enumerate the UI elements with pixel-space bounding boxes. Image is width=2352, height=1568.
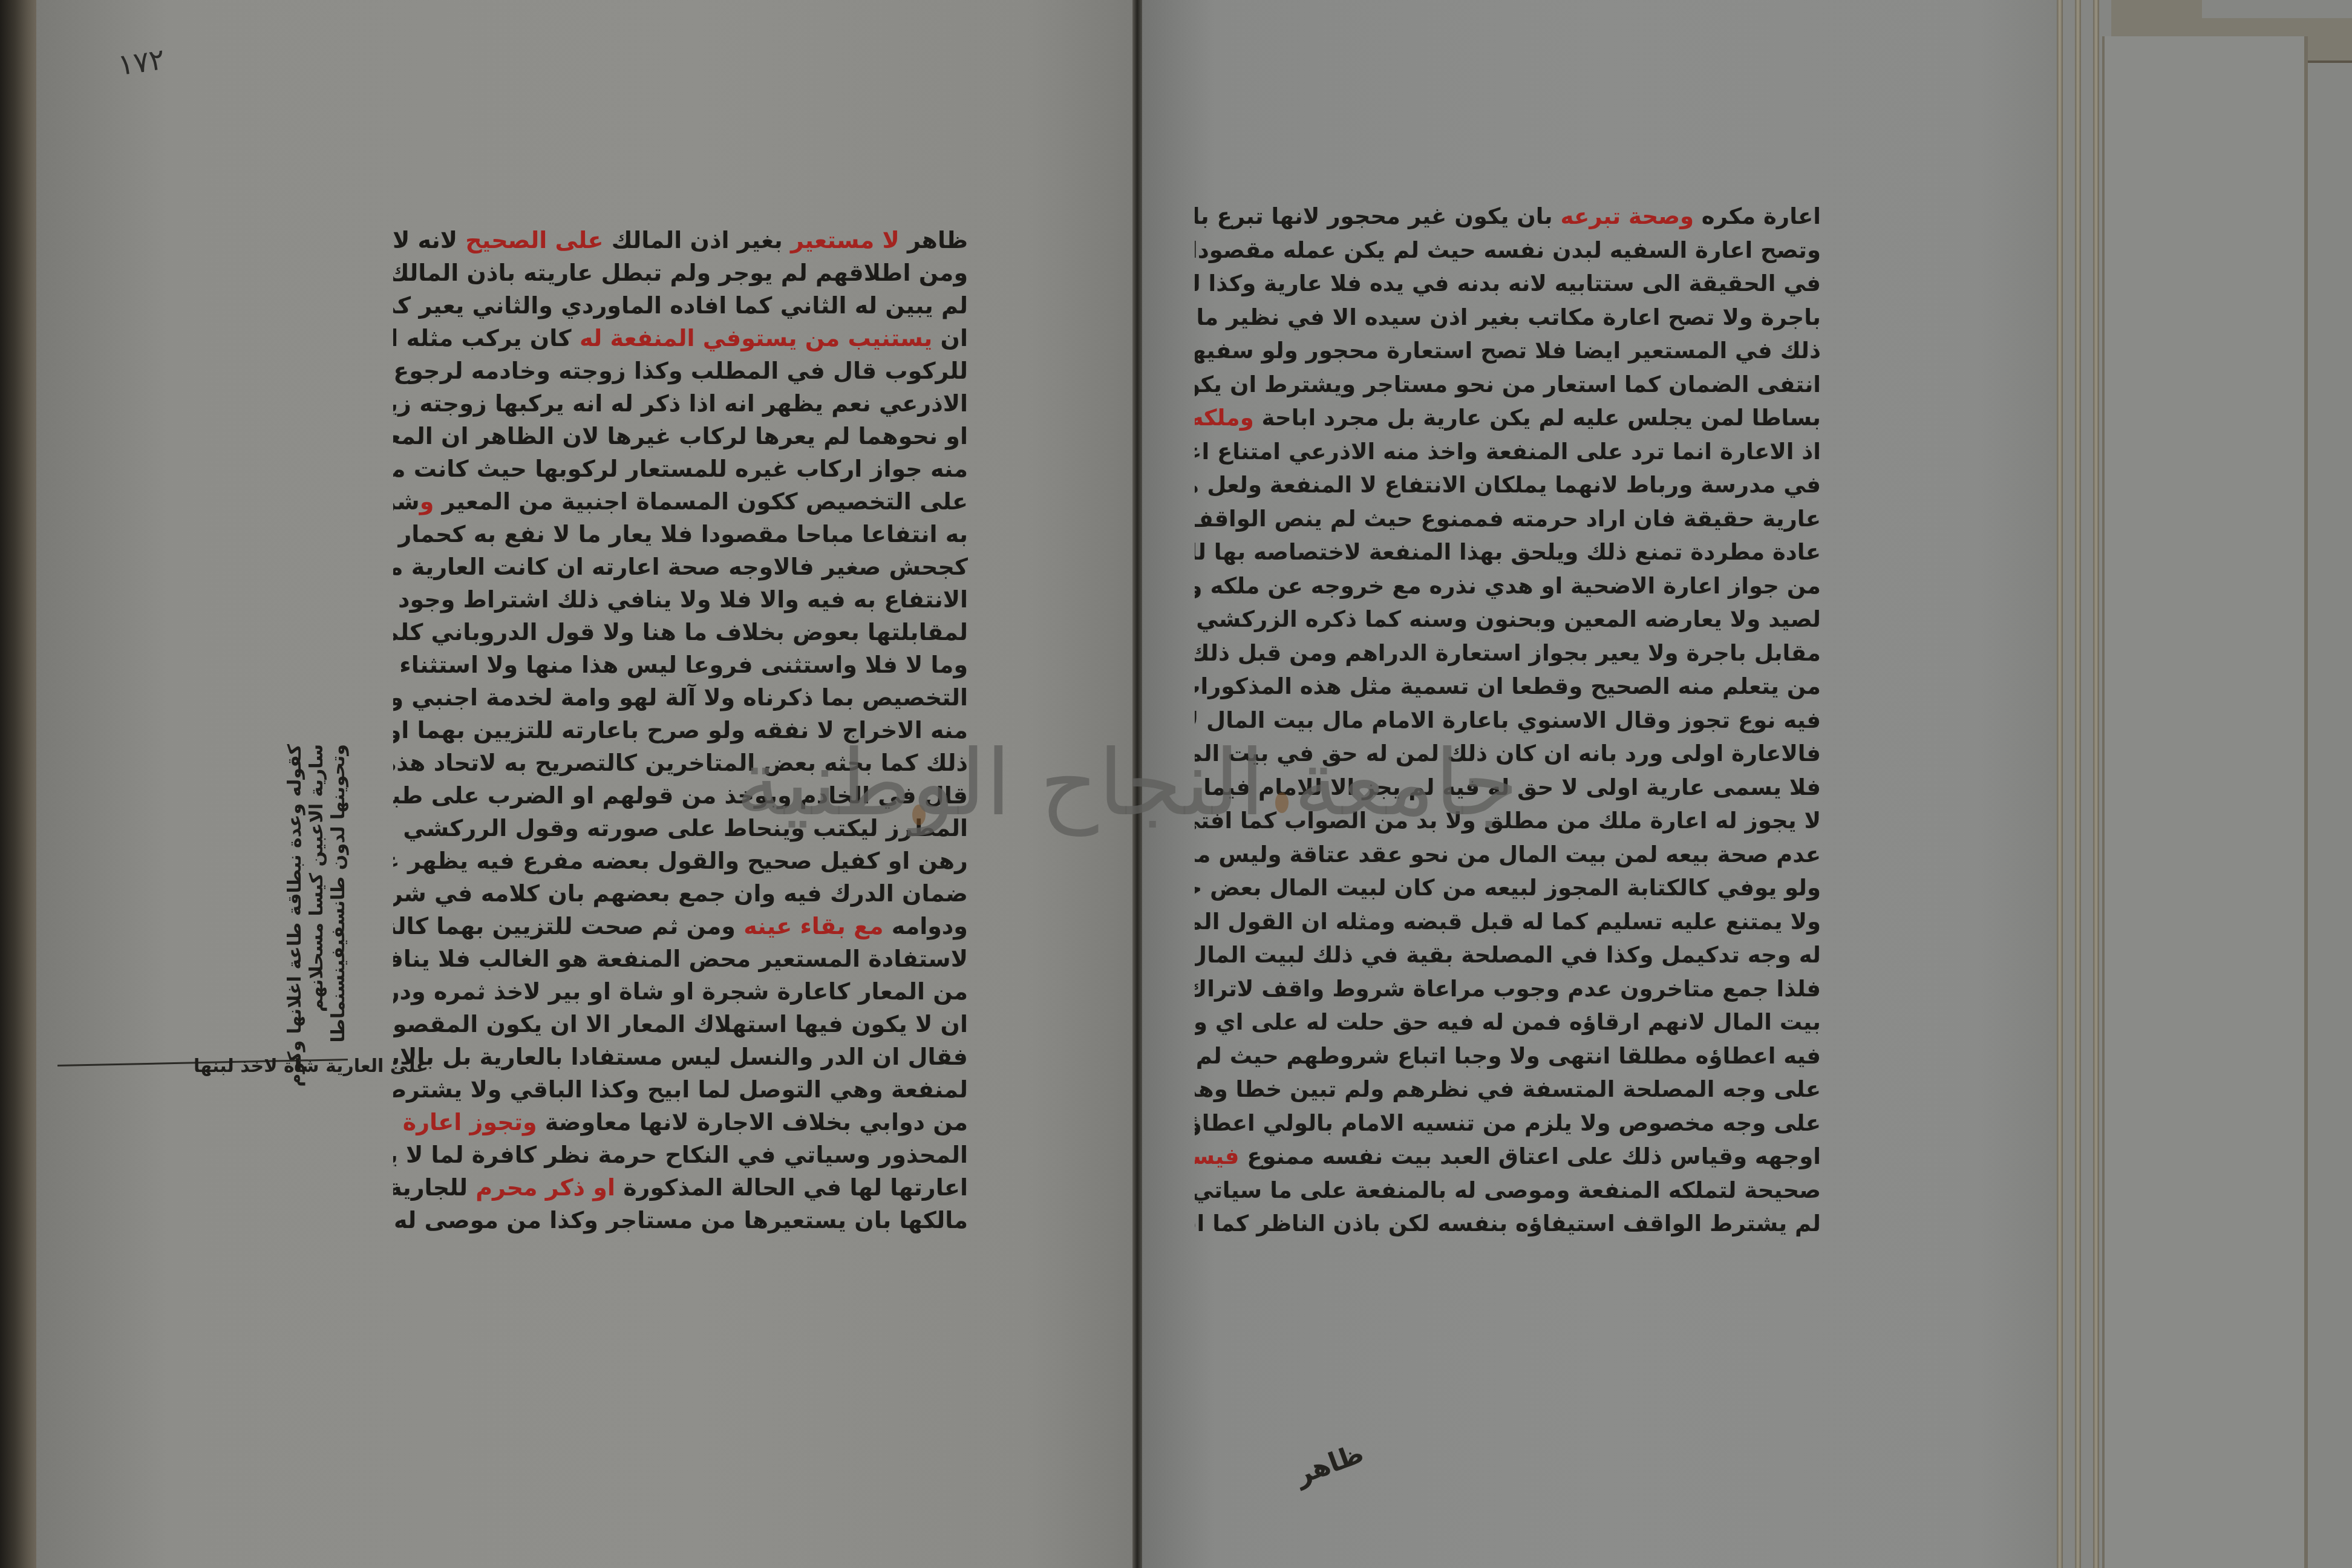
body-text: ولا يمتنع عليه تسليم كما له قبل قبضه ومث…: [1195, 909, 1821, 935]
right-page-text-line: ولا يمتنع عليه تسليم كما له قبل قبضه ومث…: [1195, 905, 1821, 939]
left-page-text-line: مالكها بان يستعيرها من مستاجر وكذا من مو…: [393, 1204, 968, 1236]
body-text: شرط: [393, 488, 420, 515]
body-text: كان يركب مثله او دونه لحاجته دابة استعار…: [393, 325, 580, 351]
body-text: لم يشترط الواقف استيفاؤه بنفسه لكن باذن …: [1195, 1210, 1821, 1236]
body-text: كجحش صغير فالاوجه صحة اعارته ان كانت الع…: [393, 554, 968, 580]
left-page-text-line: على التخصيص ككون المسماة اجنبية من المعي…: [393, 485, 968, 518]
rubric-text: او ذكر محرم: [475, 1174, 615, 1201]
left-page-text-line: اعارتها لها في الحالة المذكورة او ذكر مح…: [393, 1171, 968, 1204]
left-page-text-line: التخصيص بما ذكرناه ولا آلة لهو وامة لخدم…: [393, 681, 968, 714]
right-page-text-line: باجرة ولا تصح اعارة مكاتب بغير اذن سيده …: [1195, 301, 1821, 335]
right-page-text-line: اوجهه وقياس ذلك على اعتاق العبد بيت نفسه…: [1195, 1140, 1821, 1174]
body-text: اعارتها لها في الحالة المذكورة: [615, 1174, 968, 1201]
body-text: ذلك في المستعير ايضا فلا تصح استعارة محج…: [1195, 338, 1821, 364]
body-text: لمنفعة وهي التوصل لما ابيح وكذا الباقي و…: [393, 1076, 968, 1103]
leaf-edge: [2093, 0, 2099, 1568]
body-text: بغير اذن المالك: [603, 227, 790, 253]
body-text: له وجه تدكيمل وكذا في المصلحة بقية في ذل…: [1195, 942, 1821, 968]
left-page-text-line: من دوابي بخلاف الاجارة لانها معاوضة وتجو…: [393, 1106, 968, 1138]
right-page-text-line: من يتعلم منه الصحيح وقطعا ان تسمية مثل ه…: [1195, 670, 1821, 704]
left-page-text-line: فقال ان الدر والنسل ليس مستفادا بالعارية…: [393, 1040, 968, 1073]
rubric-text: مع بقاء عينه: [743, 913, 883, 939]
right-page-text-line: في الحقيقة الى ستتابيه لانه بدنه في يده …: [1195, 267, 1821, 301]
left-page-text-line: ومن اطلاقهم لم يوجر ولم تبطل عاريته باذن…: [393, 256, 968, 289]
rubric-text: وتجوز اعارة جارية لخدمة امراة: [393, 1109, 537, 1135]
margin-annotation-rule: على العارية شاة لاخذ لبنها: [194, 1056, 428, 1077]
right-page-text-line: فلذا جمع متاخرون عدم وجوب مراعاة شروط وا…: [1195, 972, 1821, 1006]
body-text: ودوامه: [883, 913, 968, 939]
body-text: مالكها بان يستعيرها من مستاجر وكذا من مو…: [393, 1207, 968, 1233]
body-text: ولو يوفي كالكتابة المجوز لبيعه من كان لب…: [1195, 875, 1821, 901]
body-text: ان: [932, 325, 968, 351]
left-page-text-line: لاستفادة المستعير محض المنفعة هو الغالب …: [393, 942, 968, 975]
library-watermark: جامعة النجاح الوطنية: [962, 732, 1518, 835]
left-page-text-line: لمقابلتها بعوض بخلاف ما هنا ولا قول الدر…: [393, 616, 968, 648]
rubric-text: يستنيب من يستوفي المنفعة له: [580, 325, 932, 351]
margin-note-line: كقوله وعدة نبطاقة طاعة اغلانها وكوم: [284, 744, 306, 1010]
body-text: لاستفادة المستعير محض المنفعة هو الغالب …: [393, 946, 968, 972]
body-text: على التخصيص ككون المسماة اجنبية من المعي…: [434, 488, 968, 515]
body-text: على وجه مخصوص ولا يلزم من تنسيه الامام ب…: [1195, 1110, 1821, 1136]
left-page-text-line: ان لا يكون فيها استهلاك المعار الا ان يك…: [393, 1008, 968, 1040]
left-page-text-line: رهن او كفيل صحيح والقول بعضه مفرع فيه يظ…: [393, 844, 968, 877]
right-page-text-line: عدم صحة بيعه لمن بيت المال من نحو عقد عت…: [1195, 838, 1821, 872]
right-page-text-line: له وجه تدكيمل وكذا في المصلحة بقية في ذل…: [1195, 938, 1821, 972]
body-text: لمقابلتها بعوض بخلاف ما هنا ولا قول الدر…: [393, 619, 968, 645]
body-text: الانتفاع به فيه والا فلا ولا ينافي ذلك ا…: [393, 586, 968, 613]
body-text: بان يكون غير محجور لانها تبرع بالمنافع ف…: [1195, 203, 1560, 229]
body-text: بيت المال لانهم ارقاؤه فمن له فيه حق حلت…: [1195, 1009, 1821, 1035]
right-page-text-line: وتصح اعارة السفيه لبدن نفسه حيث لم يكن ع…: [1195, 234, 1821, 267]
left-page-text-line: كجحش صغير فالاوجه صحة اعارته ان كانت الع…: [393, 550, 968, 583]
body-text: فيه نوع تجوز وقال الاسنوي باعارة الامام …: [1195, 707, 1821, 733]
body-text: اعارة مكره: [1694, 203, 1821, 229]
right-page-text-line: صحيحة لتملكه المنفعة وموصى له بالمنفعة ع…: [1195, 1174, 1821, 1207]
body-text: المحذور وسياتي في النكاح حرمة نظر كافرة …: [393, 1142, 968, 1168]
body-text: اوجهه وقياس ذلك على اعتاق العبد بيت نفسه…: [1239, 1143, 1821, 1169]
body-text: لصيد ولا يعارضه المعين وبحنون وسنه كما ذ…: [1195, 606, 1821, 632]
body-text: باجرة ولا تصح اعارة مكاتب بغير اذن سيده …: [1195, 304, 1821, 330]
body-text: او نحوهما لم يعرها لركاب غيرها لان الظاه…: [393, 423, 968, 449]
body-text: الاذرعي نعم يظهر انه اذا ذكر له انه يركب…: [393, 390, 968, 417]
body-text: التخصيص بما ذكرناه ولا آلة لهو وامة لخدم…: [393, 684, 968, 711]
right-page-text-line: انتفى الضمان كما استعار من نحو مستاجر وي…: [1195, 368, 1821, 402]
body-text: عادة مطردة تمنع ذلك ويلحق بهذا المنفعة ل…: [1195, 539, 1821, 565]
right-page-text-line: بساطا لمن يجلس عليه لم يكن عارية بل مجرد…: [1195, 401, 1821, 435]
body-text: منه جواز اركاب غيره للمستعار لركوبها حيث…: [393, 456, 968, 482]
right-page-text-line: اذ الاعارة انما ترد على المنفعة واخذ منه…: [1195, 435, 1821, 469]
left-page-text-line: ان يستنيب من يستوفي المنفعة له كان يركب …: [393, 322, 968, 354]
body-text: من دوابي بخلاف الاجارة لانها معاوضة: [537, 1109, 968, 1135]
body-text: وما لا فلا واستثنى فروعا ليس هذا منها ول…: [393, 652, 968, 678]
left-page-text-line: ضمان الدرك فيه وان جمع بعضهم بان كلامه ف…: [393, 877, 968, 910]
left-page-text-line: الانتفاع به فيه والا فلا ولا ينافي ذلك ا…: [393, 583, 968, 616]
right-page-text-line: بيت المال لانهم ارقاؤه فمن له فيه حق حلت…: [1195, 1005, 1821, 1039]
left-page-text-line: ظاهر لا مستعير بغير اذن المالك على الصحي…: [393, 224, 968, 256]
rubric-text: لا مستعير: [791, 227, 900, 253]
left-page-text-line: من المعار كاعارة شجرة او شاة او بير لاخذ…: [393, 975, 968, 1008]
body-text: لم يبين له الثاني كما افاده الماوردي وال…: [393, 292, 968, 319]
leaf-panel: [2102, 36, 2308, 1568]
left-page-text-line: المحذور وسياتي في النكاح حرمة نظر كافرة …: [393, 1138, 968, 1171]
body-text: بساطا لمن يجلس عليه لم يكن عارية بل مجرد…: [1254, 405, 1821, 431]
body-text: في مدرسة ورباط لانهما يملكان الانتفاع لا…: [1195, 472, 1821, 498]
right-page-text-line: فيه اعطاؤه مطلقا انتهى ولا وجبا اتباع شر…: [1195, 1039, 1821, 1073]
leaf-edge: [2075, 0, 2081, 1568]
body-text: من جواز اعارة الاضحية او هدي نذره مع خرو…: [1195, 573, 1821, 599]
right-page-text-line: على وجه المصلحة المتسفة في نظرهم ولم تبي…: [1195, 1073, 1821, 1106]
body-text: عدم صحة بيعه لمن بيت المال من نحو عقد عت…: [1195, 841, 1821, 867]
body-text: ظاهر: [900, 227, 968, 253]
leaf-edge: [2057, 0, 2063, 1568]
margin-note-line: سارية الاعبين كيسا مسحلانهم: [306, 744, 328, 1010]
right-page-text-line: عادة مطردة تمنع ذلك ويلحق بهذا المنفعة ل…: [1195, 535, 1821, 569]
body-text: للجارية لانتفاء المحذور ومثل المحرم: [393, 1174, 475, 1201]
right-page-text-line: في مدرسة ورباط لانهما يملكان الانتفاع لا…: [1195, 468, 1821, 502]
left-page-text-line: وما لا فلا واستثنى فروعا ليس هذا منها ول…: [393, 648, 968, 681]
margin-note-line: وتحوينها لدون طانسفيفينسنماطا: [328, 744, 350, 1010]
body-text: به انتفاعا مباحا مقصودا فلا يعار ما لا ن…: [393, 521, 968, 547]
left-page-text-line: به انتفاعا مباحا مقصودا فلا يعار ما لا ن…: [393, 518, 968, 550]
body-text: مقابل باجرة ولا يعير بجواز استعارة الدرا…: [1195, 640, 1821, 666]
body-text: فقال ان الدر والنسل ليس مستفادا بالعارية…: [393, 1044, 968, 1070]
right-page-text-line: على وجه مخصوص ولا يلزم من تنسيه الامام ب…: [1195, 1106, 1821, 1140]
body-text: من يتعلم منه الصحيح وقطعا ان تسمية مثل ه…: [1195, 673, 1821, 699]
right-page-text-line: عارية حقيقة فان اراد حرمته فممنوع حيث لم…: [1195, 502, 1821, 536]
rubric-text: وصحة تبرعه: [1560, 203, 1693, 229]
rubric-text: و: [420, 488, 434, 515]
right-page-text-line: ذلك في المستعير ايضا فلا تصح استعارة محج…: [1195, 334, 1821, 368]
right-page-text-line: مقابل باجرة ولا يعير بجواز استعارة الدرا…: [1195, 636, 1821, 670]
left-page-text-line: لم يبين له الثاني كما افاده الماوردي وال…: [393, 289, 968, 322]
right-page-text-line: ولو يوفي كالكتابة المجوز لبيعه من كان لب…: [1195, 871, 1821, 905]
body-text: لانه لا يملكها وانما ابيح له الانتفاع: [393, 227, 465, 253]
rubric-text: فيستبيح مستاجر: [1195, 1143, 1239, 1169]
rubric-text: على الصحيح: [465, 227, 603, 253]
body-text: ضمان الدرك فيه وان جمع بعضهم بان كلامه ف…: [393, 880, 968, 907]
body-text: رهن او كفيل صحيح والقول بعضه مفرع فيه يظ…: [393, 848, 968, 874]
book-binding: [0, 0, 36, 1568]
margin-annotation-vertical: كقوله وعدة نبطاقة طاعة اغلانها وكومسارية…: [284, 744, 351, 1010]
right-page-text-line: اعارة مكره وصحة تبرعه بان يكون غير محجور…: [1195, 200, 1821, 234]
right-page-text-line: لصيد ولا يعارضه المعين وبحنون وسنه كما ذ…: [1195, 603, 1821, 636]
body-text: ان لا يكون فيها استهلاك المعار الا ان يك…: [393, 1011, 968, 1037]
body-text: عارية حقيقة فان اراد حرمته فممنوع حيث لم…: [1195, 506, 1821, 532]
body-text: وتصح اعارة السفيه لبدن نفسه حيث لم يكن ع…: [1195, 237, 1821, 263]
body-text: فلذا جمع متاخرون عدم وجوب مراعاة شروط وا…: [1195, 976, 1821, 1002]
right-page-text-line: لم يشترط الواقف استيفاؤه بنفسه لكن باذن …: [1195, 1207, 1821, 1241]
left-page-text-line: الاذرعي نعم يظهر انه اذا ذكر له انه يركب…: [393, 387, 968, 420]
body-text: صحيحة لتملكه المنفعة وموصى له بالمنفعة ع…: [1195, 1177, 1821, 1203]
body-text: للركوب قال في المطلب وكذا زوجته وخادمه ل…: [393, 358, 968, 384]
right-page-text-block: اعارة مكره وصحة تبرعه بان يكون غير محجور…: [1195, 200, 1821, 1241]
body-text: اذ الاعارة انما ترد على المنفعة واخذ منه…: [1195, 439, 1821, 465]
body-text: من المعار كاعارة شجرة او شاة او بير لاخذ…: [393, 978, 968, 1005]
left-page-text-line: ودوامه مع بقاء عينه ومن ثم صحت للتزيين ب…: [393, 910, 968, 942]
rubric-text: وملكه المنفعة: [1195, 405, 1254, 431]
left-page-text-block: ظاهر لا مستعير بغير اذن المالك على الصحي…: [393, 224, 968, 1236]
left-page-text-line: منه جواز اركاب غيره للمستعار لركوبها حيث…: [393, 452, 968, 485]
left-page-text-line: للركوب قال في المطلب وكذا زوجته وخادمه ل…: [393, 354, 968, 387]
body-text: ومن اطلاقهم لم يوجر ولم تبطل عاريته باذن…: [393, 260, 968, 286]
body-text: انتفى الضمان كما استعار من نحو مستاجر وي…: [1195, 371, 1821, 397]
body-text: ومن ثم صحت للتزيين بهما كالنقد كما بحثه …: [393, 913, 743, 939]
manuscript-spread: ١٧٢ ظاهر لا مستعير بغير اذن المالك على ا…: [0, 0, 2352, 1568]
folio-number: ١٧٢: [116, 42, 166, 82]
body-text: في الحقيقة الى ستتابيه لانه بدنه في يده …: [1195, 270, 1821, 296]
body-text: فيه اعطاؤه مطلقا انتهى ولا وجبا اتباع شر…: [1195, 1043, 1821, 1069]
left-page-text-line: او نحوهما لم يعرها لركاب غيرها لان الظاه…: [393, 420, 968, 452]
body-text: على وجه المصلحة المتسفة في نظرهم ولم تبي…: [1195, 1076, 1821, 1102]
left-page-text-line: لمنفعة وهي التوصل لما ابيح وكذا الباقي و…: [393, 1073, 968, 1106]
right-page-text-line: من جواز اعارة الاضحية او هدي نذره مع خرو…: [1195, 569, 1821, 603]
